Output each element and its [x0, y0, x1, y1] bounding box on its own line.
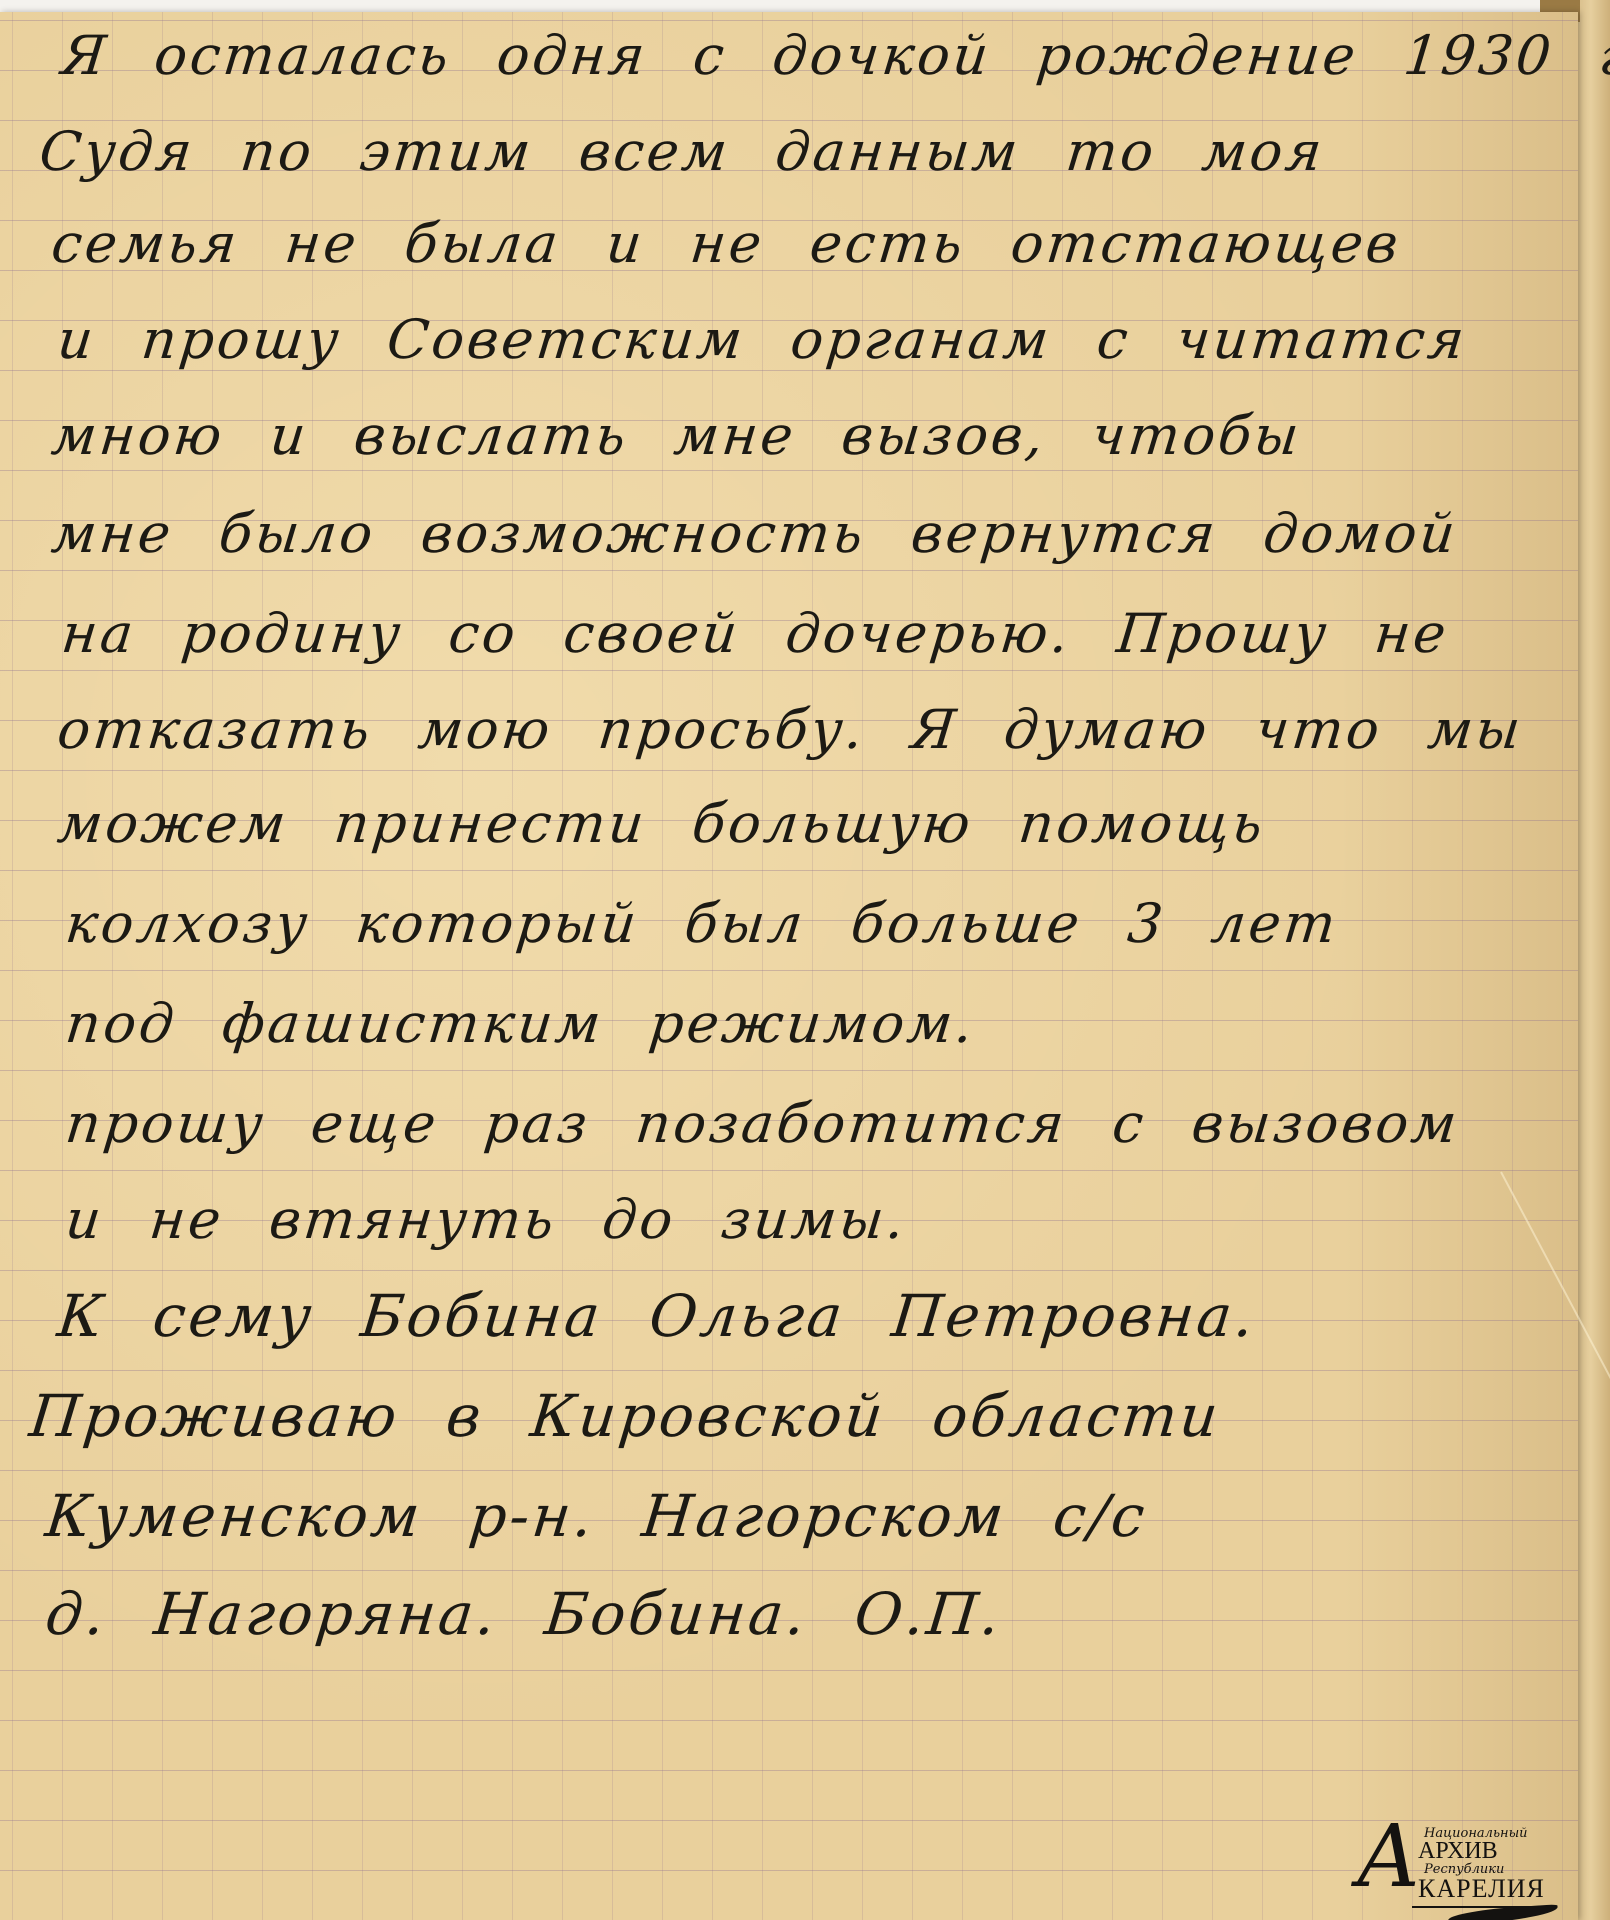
letter-line-5: мною и выслать мне вызов, чтобы — [49, 404, 1305, 467]
signature-line: К сему Бобина Ольга Петровна. — [54, 1282, 1259, 1350]
archive-watermark-logo: А Национальный АРХИВ Республики КАРЕЛИЯ — [1352, 1822, 1582, 1912]
logo-text-archive: АРХИВ — [1418, 1838, 1498, 1865]
letter-line-9: можем принести большую помощь — [55, 792, 1269, 855]
letter-line-13: и не втянуть до зимы. — [63, 1188, 910, 1251]
address-line-1: Проживаю в Кировской области — [26, 1382, 1224, 1450]
letter-line-3: семья не была и не есть отстающев — [49, 212, 1404, 275]
address-line-2: Куменском р-н. Нагорском с/с — [42, 1482, 1150, 1550]
letter-line-1: Я осталась одня с дочкой рождение 1930 г… — [59, 24, 1610, 87]
adjacent-page-edge — [1578, 0, 1610, 1920]
letter-line-11: под фашистким режимом. — [63, 992, 979, 1055]
logo-initial: А — [1356, 1814, 1421, 1900]
letter-line-12: прошу еще раз позаботится с вызовом — [63, 1092, 1463, 1155]
logo-text-karelia: КАРЕЛИЯ — [1418, 1874, 1545, 1904]
letter-line-6: мне было возможность вернутся домой — [49, 502, 1461, 565]
letter-line-4: и прошу Советским органам с читатся — [55, 308, 1470, 371]
letter-line-8: отказать мою просьбу. Я думаю что мы — [55, 698, 1527, 761]
letter-page: Я осталась одня с дочкой рождение 1930 г… — [0, 12, 1578, 1920]
letter-line-7: на родину со своей дочерью. Прошу не — [59, 602, 1452, 665]
address-line-3: д. Нагоряна. Бобина. О.П. — [42, 1580, 1005, 1648]
letter-line-10: колхозу который был больше 3 лет — [63, 892, 1342, 955]
letter-line-2: Судя по этим всем данным то моя — [37, 120, 1328, 183]
